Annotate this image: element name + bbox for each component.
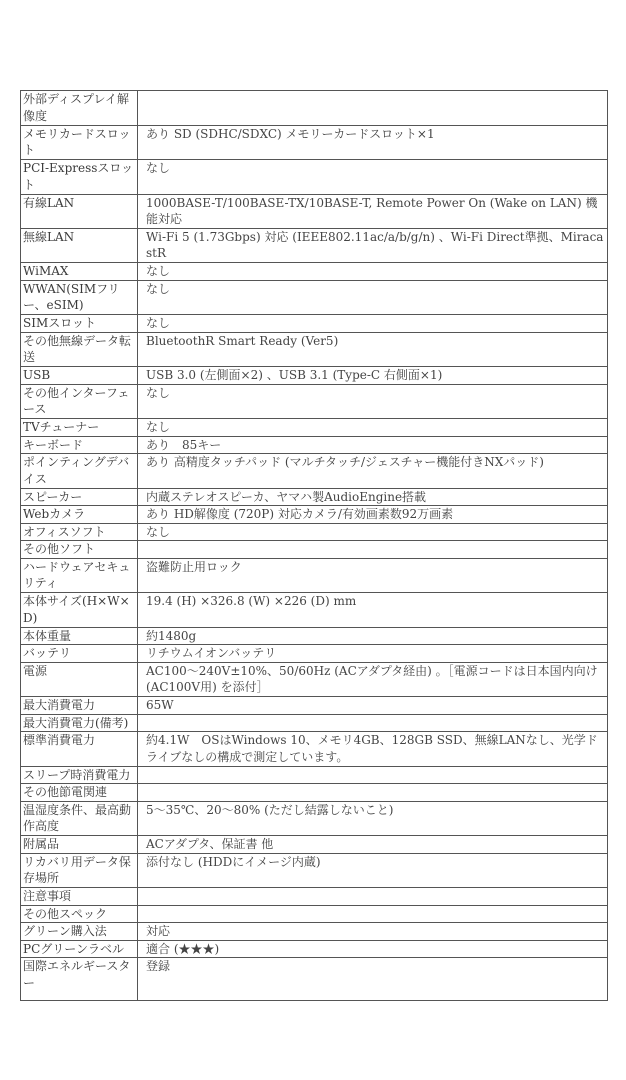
row-value — [138, 766, 608, 784]
row-value: 内蔵ステレオスピーカ、ヤマハ製AudioEngine搭載 — [138, 488, 608, 506]
row-label: 注意事項 — [21, 888, 138, 906]
row-label: スピーカー — [21, 488, 138, 506]
row-label: 最大消費電力(備考) — [21, 714, 138, 732]
table-row: 本体サイズ(H×W×D) 19.4 (H) ×326.8 (W) ×226 (D… — [21, 593, 608, 628]
table-row: グリーン購入法 対応 — [21, 923, 608, 941]
row-label: その他無線データ転送 — [21, 332, 138, 367]
row-value: Wi-Fi 5 (1.73Gbps) 対応 (IEEE802.11ac/a/b/… — [138, 228, 608, 263]
row-value: 約1480g — [138, 627, 608, 645]
table-row: その他インターフェース なし — [21, 384, 608, 419]
row-label: WiMAX — [21, 263, 138, 281]
row-label: PCグリーンラベル — [21, 940, 138, 958]
table-row: PCグリーンラベル 適合 (★★★) — [21, 940, 608, 958]
table-row: キーボード あり 85キー — [21, 436, 608, 454]
row-value — [138, 888, 608, 906]
table-row: その他無線データ転送 BluetoothR Smart Ready (Ver5) — [21, 332, 608, 367]
table-row: ハードウェアセキュリティ 盗難防止用ロック — [21, 558, 608, 593]
row-label: 最大消費電力 — [21, 697, 138, 715]
row-value — [138, 541, 608, 559]
table-row: PCI-Expressスロット なし — [21, 160, 608, 195]
row-label: リカバリ用データ保存場所 — [21, 853, 138, 888]
row-value: あり SD (SDHC/SDXC) メモリーカードスロット×1 — [138, 125, 608, 160]
row-value: AC100～240V±10%、50/60Hz (ACアダプタ経由) 。［電源コー… — [138, 662, 608, 697]
row-value — [138, 905, 608, 923]
row-label: USB — [21, 367, 138, 385]
table-row: リカバリ用データ保存場所 添付なし (HDDにイメージ内蔵) — [21, 853, 608, 888]
row-label: 温湿度条件、最高動作高度 — [21, 801, 138, 836]
table-row: ポインティングデバイス あり 高精度タッチパッド (マルチタッチ/ジェスチャー機… — [21, 454, 608, 489]
row-value: なし — [138, 315, 608, 333]
table-row: WiMAX なし — [21, 263, 608, 281]
row-label: その他スペック — [21, 905, 138, 923]
table-row: 無線LAN Wi-Fi 5 (1.73Gbps) 対応 (IEEE802.11a… — [21, 228, 608, 263]
table-row: USB USB 3.0 (左側面×2) 、USB 3.1 (Type-C 右側面… — [21, 367, 608, 385]
row-value: 対応 — [138, 923, 608, 941]
row-value: 添付なし (HDDにイメージ内蔵) — [138, 853, 608, 888]
row-value: なし — [138, 419, 608, 437]
row-value: BluetoothR Smart Ready (Ver5) — [138, 332, 608, 367]
row-label: バッテリ — [21, 645, 138, 663]
row-label: 国際エネルギースター — [21, 958, 138, 1001]
table-row: 国際エネルギースター 登録 — [21, 958, 608, 1001]
table-row: 最大消費電力(備考) — [21, 714, 608, 732]
table-row: 標準消費電力 約4.1W OSはWindows 10、メモリ4GB、128GB … — [21, 732, 608, 767]
row-value: リチウムイオンバッテリ — [138, 645, 608, 663]
row-value: あり 85キー — [138, 436, 608, 454]
table-row: スピーカー 内蔵ステレオスピーカ、ヤマハ製AudioEngine搭載 — [21, 488, 608, 506]
row-label: TVチューナー — [21, 419, 138, 437]
row-value: ACアダプタ、保証書 他 — [138, 836, 608, 854]
row-label: 標準消費電力 — [21, 732, 138, 767]
row-label: PCI-Expressスロット — [21, 160, 138, 195]
row-label: 有線LAN — [21, 194, 138, 228]
table-row: オフィスソフト なし — [21, 523, 608, 541]
row-value: 盗難防止用ロック — [138, 558, 608, 593]
row-value: 約4.1W OSはWindows 10、メモリ4GB、128GB SSD、無線L… — [138, 732, 608, 767]
table-row: その他ソフト — [21, 541, 608, 559]
table-row: その他節電関連 — [21, 784, 608, 802]
row-value: 1000BASE-T/100BASE-TX/10BASE-T, Remote P… — [138, 194, 608, 228]
row-value — [138, 714, 608, 732]
row-value: 適合 (★★★) — [138, 940, 608, 958]
row-label: ハードウェアセキュリティ — [21, 558, 138, 593]
spec-table: 外部ディスプレイ解像度 メモリカードスロット あり SD (SDHC/SDXC)… — [20, 90, 608, 1001]
row-label: キーボード — [21, 436, 138, 454]
row-label: 本体サイズ(H×W×D) — [21, 593, 138, 628]
row-label: その他ソフト — [21, 541, 138, 559]
row-label: ポインティングデバイス — [21, 454, 138, 489]
row-label: スリープ時消費電力 — [21, 766, 138, 784]
row-value: なし — [138, 263, 608, 281]
table-row: 外部ディスプレイ解像度 — [21, 91, 608, 126]
row-label: その他節電関連 — [21, 784, 138, 802]
row-value: あり 高精度タッチパッド (マルチタッチ/ジェスチャー機能付きNXパッド) — [138, 454, 608, 489]
table-row: 附属品 ACアダプタ、保証書 他 — [21, 836, 608, 854]
row-value: なし — [138, 280, 608, 315]
table-row: WWAN(SIMフリー、eSIM) なし — [21, 280, 608, 315]
table-row: TVチューナー なし — [21, 419, 608, 437]
row-label: Webカメラ — [21, 506, 138, 524]
row-value: 登録 — [138, 958, 608, 1001]
row-label: 電源 — [21, 662, 138, 697]
row-label: SIMスロット — [21, 315, 138, 333]
table-row: 有線LAN 1000BASE-T/100BASE-TX/10BASE-T, Re… — [21, 194, 608, 228]
table-row: 電源 AC100～240V±10%、50/60Hz (ACアダプタ経由) 。［電… — [21, 662, 608, 697]
table-row: SIMスロット なし — [21, 315, 608, 333]
row-label: 外部ディスプレイ解像度 — [21, 91, 138, 126]
row-value: USB 3.0 (左側面×2) 、USB 3.1 (Type-C 右側面×1) — [138, 367, 608, 385]
row-value: なし — [138, 160, 608, 195]
row-label: グリーン購入法 — [21, 923, 138, 941]
table-row: 最大消費電力 65W — [21, 697, 608, 715]
row-label: 無線LAN — [21, 228, 138, 263]
table-row: スリープ時消費電力 — [21, 766, 608, 784]
table-row: メモリカードスロット あり SD (SDHC/SDXC) メモリーカードスロット… — [21, 125, 608, 160]
table-row: バッテリ リチウムイオンバッテリ — [21, 645, 608, 663]
row-label: 本体重量 — [21, 627, 138, 645]
table-row: その他スペック — [21, 905, 608, 923]
row-label: メモリカードスロット — [21, 125, 138, 160]
row-label: 附属品 — [21, 836, 138, 854]
row-value: 65W — [138, 697, 608, 715]
row-label: オフィスソフト — [21, 523, 138, 541]
row-value — [138, 91, 608, 126]
row-value: 5～35℃、20～80% (ただし結露しないこと) — [138, 801, 608, 836]
table-row: 本体重量 約1480g — [21, 627, 608, 645]
row-value: なし — [138, 384, 608, 419]
table-row: 温湿度条件、最高動作高度 5～35℃、20～80% (ただし結露しないこと) — [21, 801, 608, 836]
table-row: Webカメラ あり HD解像度 (720P) 対応カメラ/有効画素数92万画素 — [21, 506, 608, 524]
row-value: 19.4 (H) ×326.8 (W) ×226 (D) mm — [138, 593, 608, 628]
row-value: あり HD解像度 (720P) 対応カメラ/有効画素数92万画素 — [138, 506, 608, 524]
row-value: なし — [138, 523, 608, 541]
row-label: WWAN(SIMフリー、eSIM) — [21, 280, 138, 315]
table-row: 注意事項 — [21, 888, 608, 906]
row-label: その他インターフェース — [21, 384, 138, 419]
row-value — [138, 784, 608, 802]
